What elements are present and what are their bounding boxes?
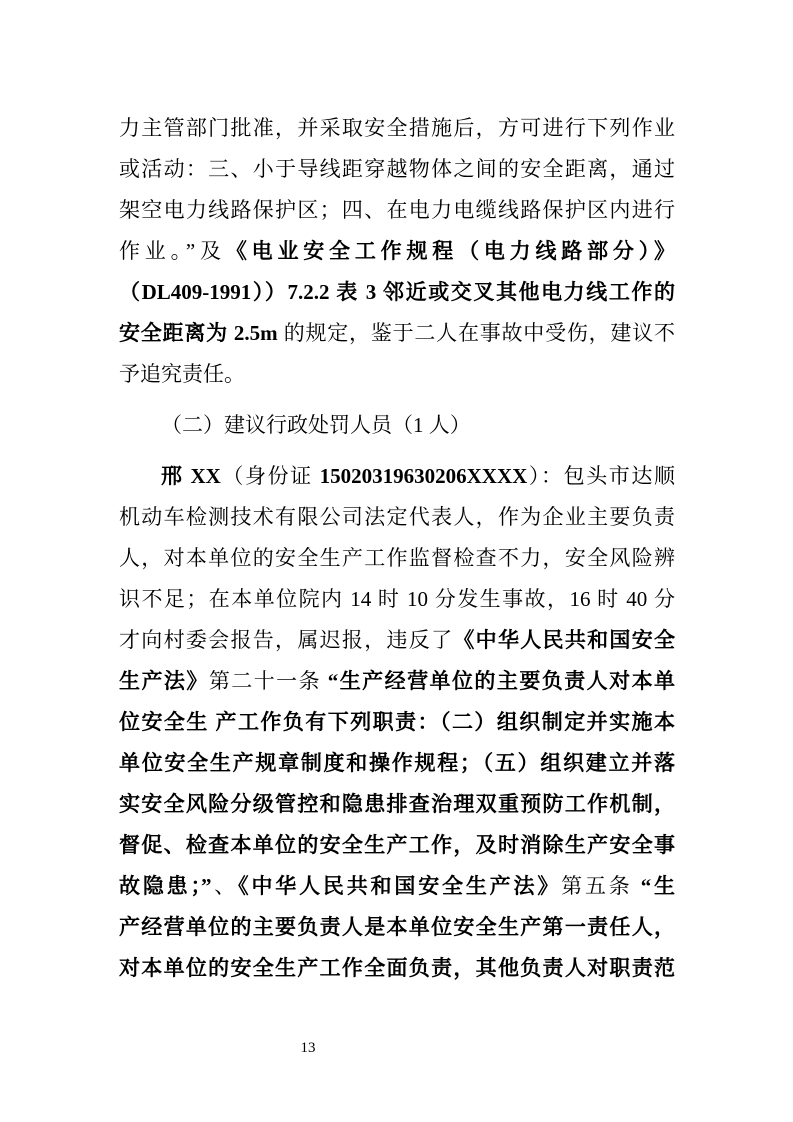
bold-text-segment: 邢 XX (161, 464, 221, 488)
text-segment: （身份证 (221, 464, 320, 488)
text-segment: 机动车检测技术有限公司法定代表人，作为企业主要负责 (119, 505, 675, 529)
text-segment: 的规定，鉴于二人在事故中受伤，建议不 (278, 321, 675, 345)
text-segment: 、 (211, 874, 238, 898)
document-line: 予追究责任。 (119, 354, 675, 395)
document-line: 人，对本单位的安全生产工作监督检查不力，安全风险辨 (119, 538, 675, 579)
document-line: 督促、检查本单位的安全生产工作，及时消除生产安全事 (119, 825, 675, 866)
bold-text-segment: 故隐患；” (119, 874, 211, 898)
text-segment: 第二十一条 (209, 669, 328, 693)
paragraph-person-details: 邢 XX（身份证 15020319630206XXXX）：包头市达顺机动车检测技… (119, 456, 675, 989)
text-segment: （二）建议行政处罚人员（1 人） (161, 413, 471, 437)
bold-text-segment: 单位安全生产规章制度和操作规程；（五）组织建立并落 (119, 751, 675, 775)
bold-text-segment: 生产法》 (119, 669, 209, 693)
text-segment: 架空电力线路保护区；四、在电力电缆线路保护区内进行 (119, 198, 675, 222)
bold-text-segment: “生产经营单位的主要负责人对本单 (328, 669, 675, 693)
bold-text-segment: 位安全生 产工作负有下列职责：（二）组织制定并实施本 (119, 710, 675, 734)
bold-text-segment: 《中华人民共和国安全生产法》 (238, 874, 561, 898)
document-line: 架空电力线路保护区；四、在电力电缆线路保护区内进行 (119, 190, 675, 231)
document-line: 识不足；在本单位院内 14 时 10 分发生事故，16 时 40 分 (119, 579, 675, 620)
text-segment: 识不足；在本单位院内 14 时 10 分发生事故，16 时 40 分 (119, 587, 675, 611)
document-line: （DL409-1991））7.2.2 表 3 邻近或交叉其他电力线工作的 (119, 272, 675, 313)
document-line: 邢 XX（身份证 15020319630206XXXX）：包头市达顺 (119, 456, 675, 497)
text-segment: ）：包头市达顺 (527, 464, 675, 488)
document-line: 或活动：三、小于导线距穿越物体之间的安全距离，通过 (119, 149, 675, 190)
bold-text-segment: 《电业安全工作规程（电力线路部分）》 (226, 239, 675, 263)
bold-text-segment: 督促、检查本单位的安全生产工作，及时消除生产安全事 (119, 833, 675, 857)
text-segment: 予追究责任。 (119, 362, 245, 386)
document-line: 实安全风险分级管控和隐患排查治理双重预防工作机制， (119, 784, 675, 825)
document-line: 安全距离为 2.5m 的规定，鉴于二人在事故中受伤，建议不 (119, 313, 675, 354)
bold-text-segment: （DL409-1991））7.2.2 表 3 邻近或交叉其他电力线工作的 (119, 280, 675, 304)
bold-text-segment: 实安全风险分级管控和隐患排查治理双重预防工作机制， (119, 792, 675, 816)
text-block: 力主管部门批准，并采取安全措施后，方可进行下列作业或活动：三、小于导线距穿越物体… (119, 108, 675, 989)
document-line: 故隐患；”、《中华人民共和国安全生产法》第五条 “生 (119, 866, 675, 907)
document-page: 力主管部门批准，并采取安全措施后，方可进行下列作业或活动：三、小于导线距穿越物体… (0, 0, 793, 1122)
text-segment: 或活动：三、小于导线距穿越物体之间的安全距离，通过 (119, 157, 675, 181)
bold-text-segment: 《中华人民共和国安全 (453, 628, 675, 652)
text-segment: 力主管部门批准，并采取安全措施后，方可进行下列作业 (119, 116, 675, 140)
text-segment: 第五条 (561, 874, 641, 898)
bold-text-segment: 15020319630206XXXX (320, 464, 528, 488)
paragraph-continuation: 力主管部门批准，并采取安全措施后，方可进行下列作业或活动：三、小于导线距穿越物体… (119, 108, 675, 395)
document-line: （二）建议行政处罚人员（1 人） (119, 405, 675, 446)
document-line: 力主管部门批准，并采取安全措施后，方可进行下列作业 (119, 108, 675, 149)
document-line: 单位安全生产规章制度和操作规程；（五）组织建立并落 (119, 743, 675, 784)
page-number: 13 (294, 1039, 322, 1057)
text-segment: 人，对本单位的安全生产工作监督检查不力，安全风险辨 (119, 546, 675, 570)
bold-text-segment: 产经营单位的主要负责人是本单位安全生产第一责任人， (119, 915, 675, 939)
text-segment: 才向村委会报告，属迟报，违反了 (119, 628, 453, 652)
document-line: 生产法》第二十一条 “生产经营单位的主要负责人对本单 (119, 661, 675, 702)
document-line: 产经营单位的主要负责人是本单位安全生产第一责任人， (119, 907, 675, 948)
document-line: 机动车检测技术有限公司法定代表人，作为企业主要负责 (119, 497, 675, 538)
text-segment: 作业。”及 (119, 239, 226, 263)
document-line: 对本单位的安全生产工作全面负责，其他负责人对职责范 (119, 948, 675, 989)
bold-text-segment: 对本单位的安全生产工作全面负责，其他负责人对职责范 (119, 956, 675, 980)
document-line: 位安全生 产工作负有下列职责：（二）组织制定并实施本 (119, 702, 675, 743)
document-line: 作业。”及《电业安全工作规程（电力线路部分）》 (119, 231, 675, 272)
document-line: 才向村委会报告，属迟报，违反了《中华人民共和国安全 (119, 620, 675, 661)
paragraph-section-heading: （二）建议行政处罚人员（1 人） (119, 405, 675, 446)
bold-text-segment: “生 (641, 874, 675, 898)
bold-text-segment: 安全距离为 2.5m (119, 321, 278, 345)
